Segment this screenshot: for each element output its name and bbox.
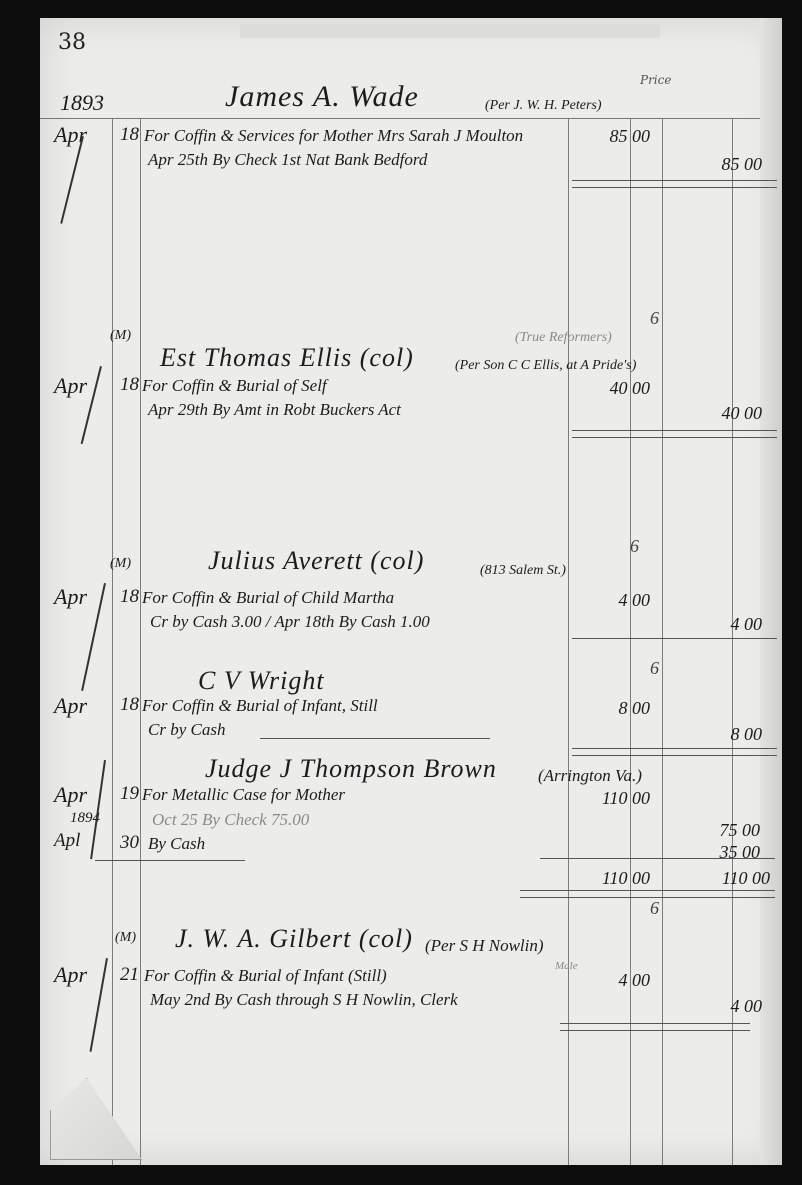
credit-amount: 4 00: [692, 996, 762, 1017]
credit-description: Apr 25th By Check 1st Nat Bank Bedford: [148, 150, 427, 170]
balance-rule: [572, 430, 777, 438]
balance-rule: [572, 180, 777, 188]
debit-amount: 40 00: [580, 378, 650, 399]
debit-description: For Coffin & Burial of Infant (Still): [144, 966, 387, 986]
balance-rule: [572, 748, 777, 756]
credit-amount: 4 00: [692, 614, 762, 635]
debit-description: For Coffin & Burial of Child Martha: [142, 588, 394, 608]
tick-mark: 6: [650, 308, 659, 329]
header-rule: [40, 118, 760, 119]
year-label: 1893: [60, 90, 104, 116]
balance-rule: [572, 638, 777, 639]
debit-amount: 4 00: [580, 590, 650, 611]
subtotal-rule: [540, 858, 775, 859]
entry-day: 18: [120, 124, 139, 146]
column-rule-credit-left: [662, 118, 663, 1165]
debit-amount: 85 00: [580, 126, 650, 147]
entry-month: Apr: [54, 122, 87, 148]
tally-stroke: [90, 958, 108, 1052]
ledger-page: 38 Price 1893 James A. Wade (Per J. W. H…: [40, 18, 782, 1165]
entry-month: Apr: [54, 373, 87, 399]
balance-rule: [560, 1023, 750, 1031]
account-name: J. W. A. Gilbert (col): [175, 924, 413, 954]
debit-description: For Metallic Case for Mother: [142, 785, 345, 805]
account-name: C V Wright: [198, 666, 325, 696]
column-rule-debit-cents: [630, 118, 631, 1165]
credit-amount: 85 00: [692, 154, 762, 175]
credit-description-2: By Cash: [148, 834, 205, 854]
entry-day: 18: [120, 374, 139, 396]
account-note: (Per Son C C Ellis, at A Pride's): [455, 358, 636, 374]
entry-tag: (M): [110, 328, 131, 344]
tick-mark: 6: [650, 898, 659, 919]
tick-mark: 6: [650, 658, 659, 679]
entry-month: Apr: [54, 693, 87, 719]
account-name: Julius Averett (col): [208, 546, 424, 576]
debit-description: For Coffin & Services for Mother Mrs Sar…: [144, 126, 523, 146]
balance-rule: [520, 890, 775, 898]
corner-note: Price: [640, 73, 671, 87]
entry-tag: (M): [115, 930, 136, 946]
account-name: Judge J Thompson Brown: [205, 754, 497, 784]
entry-day: 18: [120, 586, 139, 608]
credit-amount: 75 00: [690, 820, 760, 841]
entry-day: 21: [120, 964, 139, 986]
debit-amount: 4 00: [580, 970, 650, 991]
credit-description: Cr by Cash 3.00 / Apr 18th By Cash 1.00: [150, 612, 430, 632]
column-rule-debit-left: [568, 118, 569, 1165]
tally-stroke: [60, 136, 84, 224]
credit-day: 30: [120, 832, 139, 854]
close-line: [95, 860, 245, 861]
account-note: (813 Salem St.): [480, 563, 566, 579]
entry-month: Apr: [54, 782, 87, 808]
page-number: 38: [58, 30, 86, 55]
account-note: (Per J. W. H. Peters): [485, 98, 602, 114]
total-debit: 110 00: [570, 868, 650, 889]
strike-line: [260, 738, 490, 739]
debit-amount: 110 00: [570, 788, 650, 809]
entry-day: 18: [120, 694, 139, 716]
folded-corner: [50, 1078, 142, 1160]
credit-description: May 2nd By Cash through S H Nowlin, Cler…: [150, 990, 458, 1010]
credit-amount-2: 35 00: [690, 842, 760, 863]
credit-amount: 40 00: [692, 403, 762, 424]
credit-month: Apl: [54, 830, 80, 852]
entry-day: 19: [120, 783, 139, 805]
column-rule-day: [140, 118, 141, 1165]
credit-description: Oct 25 By Check 75.00: [152, 810, 309, 830]
tick-mark: 6: [630, 536, 639, 557]
account-name: Est Thomas Ellis (col): [160, 343, 414, 373]
total-credit: 110 00: [690, 868, 770, 889]
credit-amount: 8 00: [692, 724, 762, 745]
debit-description: For Coffin & Burial of Self: [142, 376, 327, 396]
account-note: (Arrington Va.): [538, 766, 642, 786]
sex-note: Male: [555, 960, 578, 972]
page-right-edge: [760, 18, 782, 1165]
superscript-note: (True Reformers): [515, 330, 612, 346]
entry-month: Apr: [54, 584, 87, 610]
credit-description: Apr 29th By Amt in Robt Buckers Act: [148, 400, 401, 420]
entry-tag: (M): [110, 556, 131, 572]
page-top-flap: [240, 24, 660, 38]
credit-description: Cr by Cash: [148, 720, 225, 740]
debit-amount: 8 00: [580, 698, 650, 719]
account-name: James A. Wade: [225, 80, 419, 114]
column-rule-date: [112, 118, 113, 1165]
account-note: (Per S H Nowlin): [425, 936, 544, 956]
entry-month: Apr: [54, 962, 87, 988]
debit-description: For Coffin & Burial of Infant, Still: [142, 696, 378, 716]
